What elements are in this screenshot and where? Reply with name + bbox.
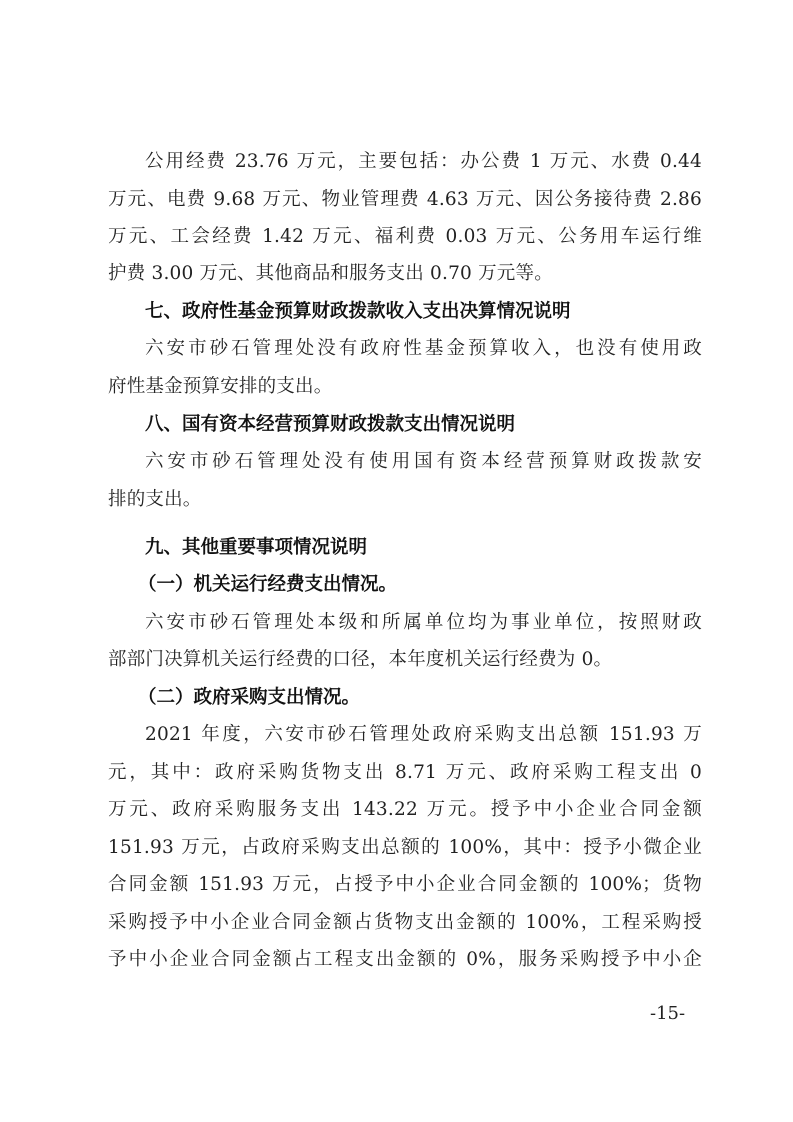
- paragraph-line: 万元、工会经费 1.42 万元、福利费 0.03 万元、公务用车运行维: [108, 224, 702, 250]
- paragraph-line: 护费 3.00 万元、其他商品和服务支出 0.70 万元等。: [108, 261, 702, 287]
- section-heading-9: 九、其他重要事项情况说明: [145, 535, 367, 561]
- section-heading-8: 八、国有资本经营预算财政拨款支出情况说明: [145, 412, 515, 438]
- paragraph-line: 2021 年度，六安市砂石管理处政府采购支出总额 151.93 万: [145, 722, 702, 748]
- paragraph-line: 排的支出。: [108, 487, 702, 513]
- document-page: 公用经费 23.76 万元，主要包括：办公费 1 万元、水费 0.44 万元、电…: [0, 0, 793, 1122]
- paragraph-line: 151.93 万元，占政府采购支出总额的 100%，其中：授予小微企业: [108, 835, 702, 861]
- paragraph-line: 六安市砂石管理处本级和所属单位均为事业单位，按照财政: [145, 610, 702, 636]
- paragraph-line: 元，其中：政府采购货物支出 8.71 万元、政府采购工程支出 0: [108, 760, 702, 786]
- paragraph-line: 合同金额 151.93 万元，占授予中小企业合同金额的 100%；货物: [108, 872, 702, 898]
- paragraph-line: 万元、政府采购服务支出 143.22 万元。授予中小企业合同金额: [108, 797, 702, 823]
- paragraph-line: 予中小企业合同金额占工程支出金额的 0%，服务采购授予中小企: [108, 947, 702, 973]
- paragraph-line: 府性基金预算安排的支出。: [108, 374, 702, 400]
- paragraph-line: 六安市砂石管理处没有政府性基金预算收入，也没有使用政: [145, 336, 702, 362]
- paragraph-line: 部部门决算机关运行经费的口径，本年度机关运行经费为 0。: [108, 647, 702, 673]
- section-heading-7: 七、政府性基金预算财政拨款收入支出决算情况说明: [145, 299, 571, 325]
- paragraph-line: 六安市砂石管理处没有使用国有资本经营预算财政拨款安: [145, 449, 702, 475]
- subsection-heading-2: （二）政府采购支出情况。: [138, 685, 360, 711]
- paragraph-line: 采购授予中小企业合同金额占货物支出金额的 100%，工程采购授: [108, 910, 702, 936]
- paragraph-line: 万元、电费 9.68 万元、物业管理费 4.63 万元、因公务接待费 2.86: [108, 187, 702, 213]
- subsection-heading-1: （一）机关运行经费支出情况。: [138, 572, 397, 598]
- page-number: -15-: [650, 1003, 685, 1024]
- paragraph-line: 公用经费 23.76 万元，主要包括：办公费 1 万元、水费 0.44: [145, 149, 702, 175]
